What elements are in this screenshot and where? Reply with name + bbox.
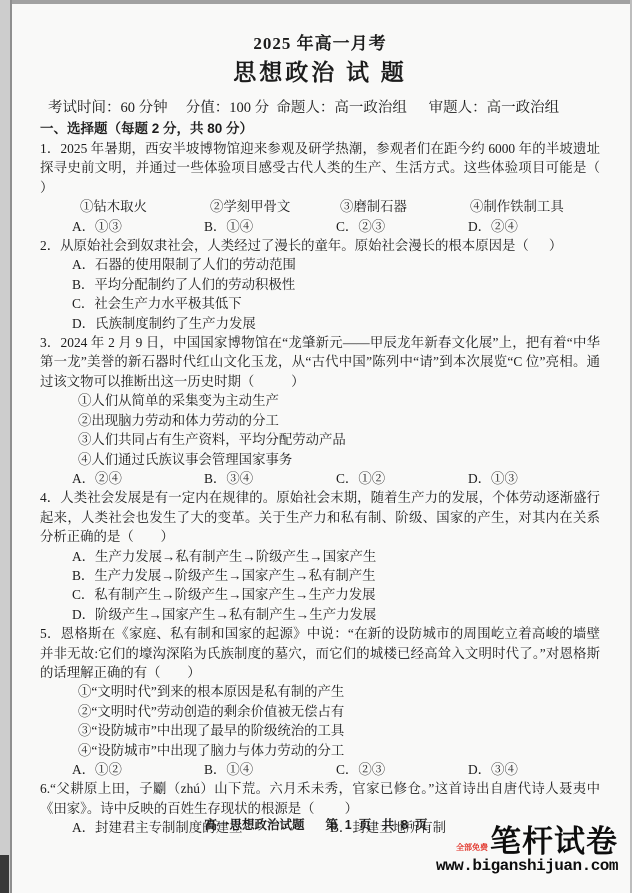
free-label: 全部免费: [456, 843, 488, 852]
exam-title-line2: 思想政治 试 题: [40, 58, 600, 88]
section-heading: 一、选择题（每题 2 分，共 80 分）: [40, 119, 600, 138]
subitem: ④“设防城市”中出现了脑力与体力劳动的分工: [40, 741, 600, 760]
question-subitems: ①“文明时代”到来的根本原因是私有制的产生②“文明时代”劳动创造的剩余价值被无偿…: [40, 682, 600, 760]
choice-option: A．①②: [72, 760, 204, 779]
questions-list: 1．2025 年暑期，西安半坡博物馆迎来参观及研学热潮，参观者们在距今约 600…: [40, 139, 600, 838]
page-edge-top: [0, 0, 632, 4]
publisher-watermark: 全部免费 笔杆试卷 www.biganshijuan.com: [436, 826, 618, 875]
question-subitems: ①人们从简单的采集变为主动生产②出现脑力劳动和体力劳动的分工③人们共同占有生产资…: [40, 391, 600, 469]
subitem: ④制作铁制工具: [470, 197, 600, 216]
choice-option: A．②④: [72, 469, 204, 488]
choice-option: C．私有制产生→阶级产生→国家产生→生产力发展: [40, 585, 600, 604]
question-subitems: ①钻木取火②学刻甲骨文③磨制石器④制作铁制工具: [40, 197, 600, 216]
choice-option: D．③④: [468, 760, 600, 779]
choice-option: A．石器的使用限制了人们的劳动范围: [40, 255, 600, 274]
page-edge-left: [0, 0, 12, 893]
question-choices: A．生产力发展→私有制产生→阶级产生→国家产生B．生产力发展→阶级产生→国家产生…: [40, 547, 600, 625]
exam-title-line1: 2025 年高一月考: [40, 32, 600, 56]
subitem: ②出现脑力劳动和体力劳动的分工: [40, 411, 600, 430]
subitem: ③“设防城市”中出现了最早的阶级统治的工具: [40, 721, 600, 740]
question-2: 2．从原始社会到奴隶社会，人类经过了漫长的童年。原始社会漫长的根本原因是（ ）A…: [40, 236, 600, 333]
subitem: ④人们通过氏族议事会管理国家事务: [40, 450, 600, 469]
choice-option: D．②④: [468, 217, 600, 236]
brand-name: 笔杆试卷: [490, 826, 618, 858]
choice-option: B．平均分配制约了人们的劳动积极性: [40, 275, 600, 294]
choice-option: B．③④: [204, 469, 336, 488]
choice-option: B．①④: [204, 760, 336, 779]
choice-option: B．①④: [204, 217, 336, 236]
question-4: 4．人类社会发展是有一定内在规律的。原始社会末期，随着生产力的发展，个体劳动逐渐…: [40, 488, 600, 624]
question-5: 5．恩格斯在《家庭、私有制和国家的起源》中说：“在新的设防城市的周围屹立着高峻的…: [40, 624, 600, 779]
subitem: ③磨制石器: [340, 197, 470, 216]
subitem: ①“文明时代”到来的根本原因是私有制的产生: [40, 682, 600, 701]
subitem: ③人们共同占有生产资料，平均分配劳动产品: [40, 430, 600, 449]
question-choices: A．②④B．③④C．①②D．①③: [40, 469, 600, 488]
question-stem: 4．人类社会发展是有一定内在规律的。原始社会末期，随着生产力的发展，个体劳动逐渐…: [40, 488, 600, 546]
scan-corner-mark: [0, 855, 9, 893]
choice-option: D．阶级产生→国家产生→私有制产生→生产力发展: [40, 605, 600, 624]
question-choices: A．①③B．①④C．②③D．②④: [40, 217, 600, 236]
subitem: ①钻木取火: [80, 197, 210, 216]
question-choices: A．石器的使用限制了人们的劳动范围B．平均分配制约了人们的劳动积极性C．社会生产…: [40, 255, 600, 333]
subitem: ①人们从简单的采集变为主动生产: [40, 391, 600, 410]
brand-url: www.biganshijuan.com: [436, 858, 618, 875]
exam-content: 2025 年高一月考 思想政治 试 题 考试时间：60 分钟 分值：100 分 …: [40, 28, 600, 838]
choice-option: A．①③: [72, 217, 204, 236]
question-3: 3．2024 年 2 月 9 日，中国国家博物馆在“龙肇新元——甲辰龙年新春文化…: [40, 333, 600, 488]
question-stem: 2．从原始社会到奴隶社会，人类经过了漫长的童年。原始社会漫长的根本原因是（ ）: [40, 236, 600, 255]
subitem: ②学刻甲骨文: [210, 197, 340, 216]
choice-option: A．生产力发展→私有制产生→阶级产生→国家产生: [40, 547, 600, 566]
choice-option: D．①③: [468, 469, 600, 488]
question-stem: 5．恩格斯在《家庭、私有制和国家的起源》中说：“在新的设防城市的周围屹立着高峻的…: [40, 624, 600, 682]
brand-row: 全部免费 笔杆试卷: [436, 826, 618, 858]
question-1: 1．2025 年暑期，西安半坡博物馆迎来参观及研学热潮，参观者们在距今约 600…: [40, 139, 600, 236]
choice-option: C．②③: [336, 760, 468, 779]
choice-option: C．社会生产力水平极其低下: [40, 294, 600, 313]
question-stem: 6.“父耕原上田，子劚（zhú）山下荒。六月禾未秀，官家已修仓。”这首诗出自唐代…: [40, 779, 600, 818]
question-stem: 3．2024 年 2 月 9 日，中国国家博物馆在“龙肇新元——甲辰龙年新春文化…: [40, 333, 600, 391]
choice-option: C．①②: [336, 469, 468, 488]
subitem: ②“文明时代”劳动创造的剩余价值被无偿占有: [40, 702, 600, 721]
exam-info-line: 考试时间：60 分钟 分值：100 分 命题人：高一政治组 审题人：高一政治组: [40, 98, 600, 118]
choice-option: D．氏族制度制约了生产力发展: [40, 314, 600, 333]
choice-option: C．②③: [336, 217, 468, 236]
question-choices: A．①②B．①④C．②③D．③④: [40, 760, 600, 779]
choice-option: B．生产力发展→阶级产生→国家产生→私有制产生: [40, 566, 600, 585]
question-stem: 1．2025 年暑期，西安半坡博物馆迎来参观及研学热潮，参观者们在距今约 600…: [40, 139, 600, 197]
